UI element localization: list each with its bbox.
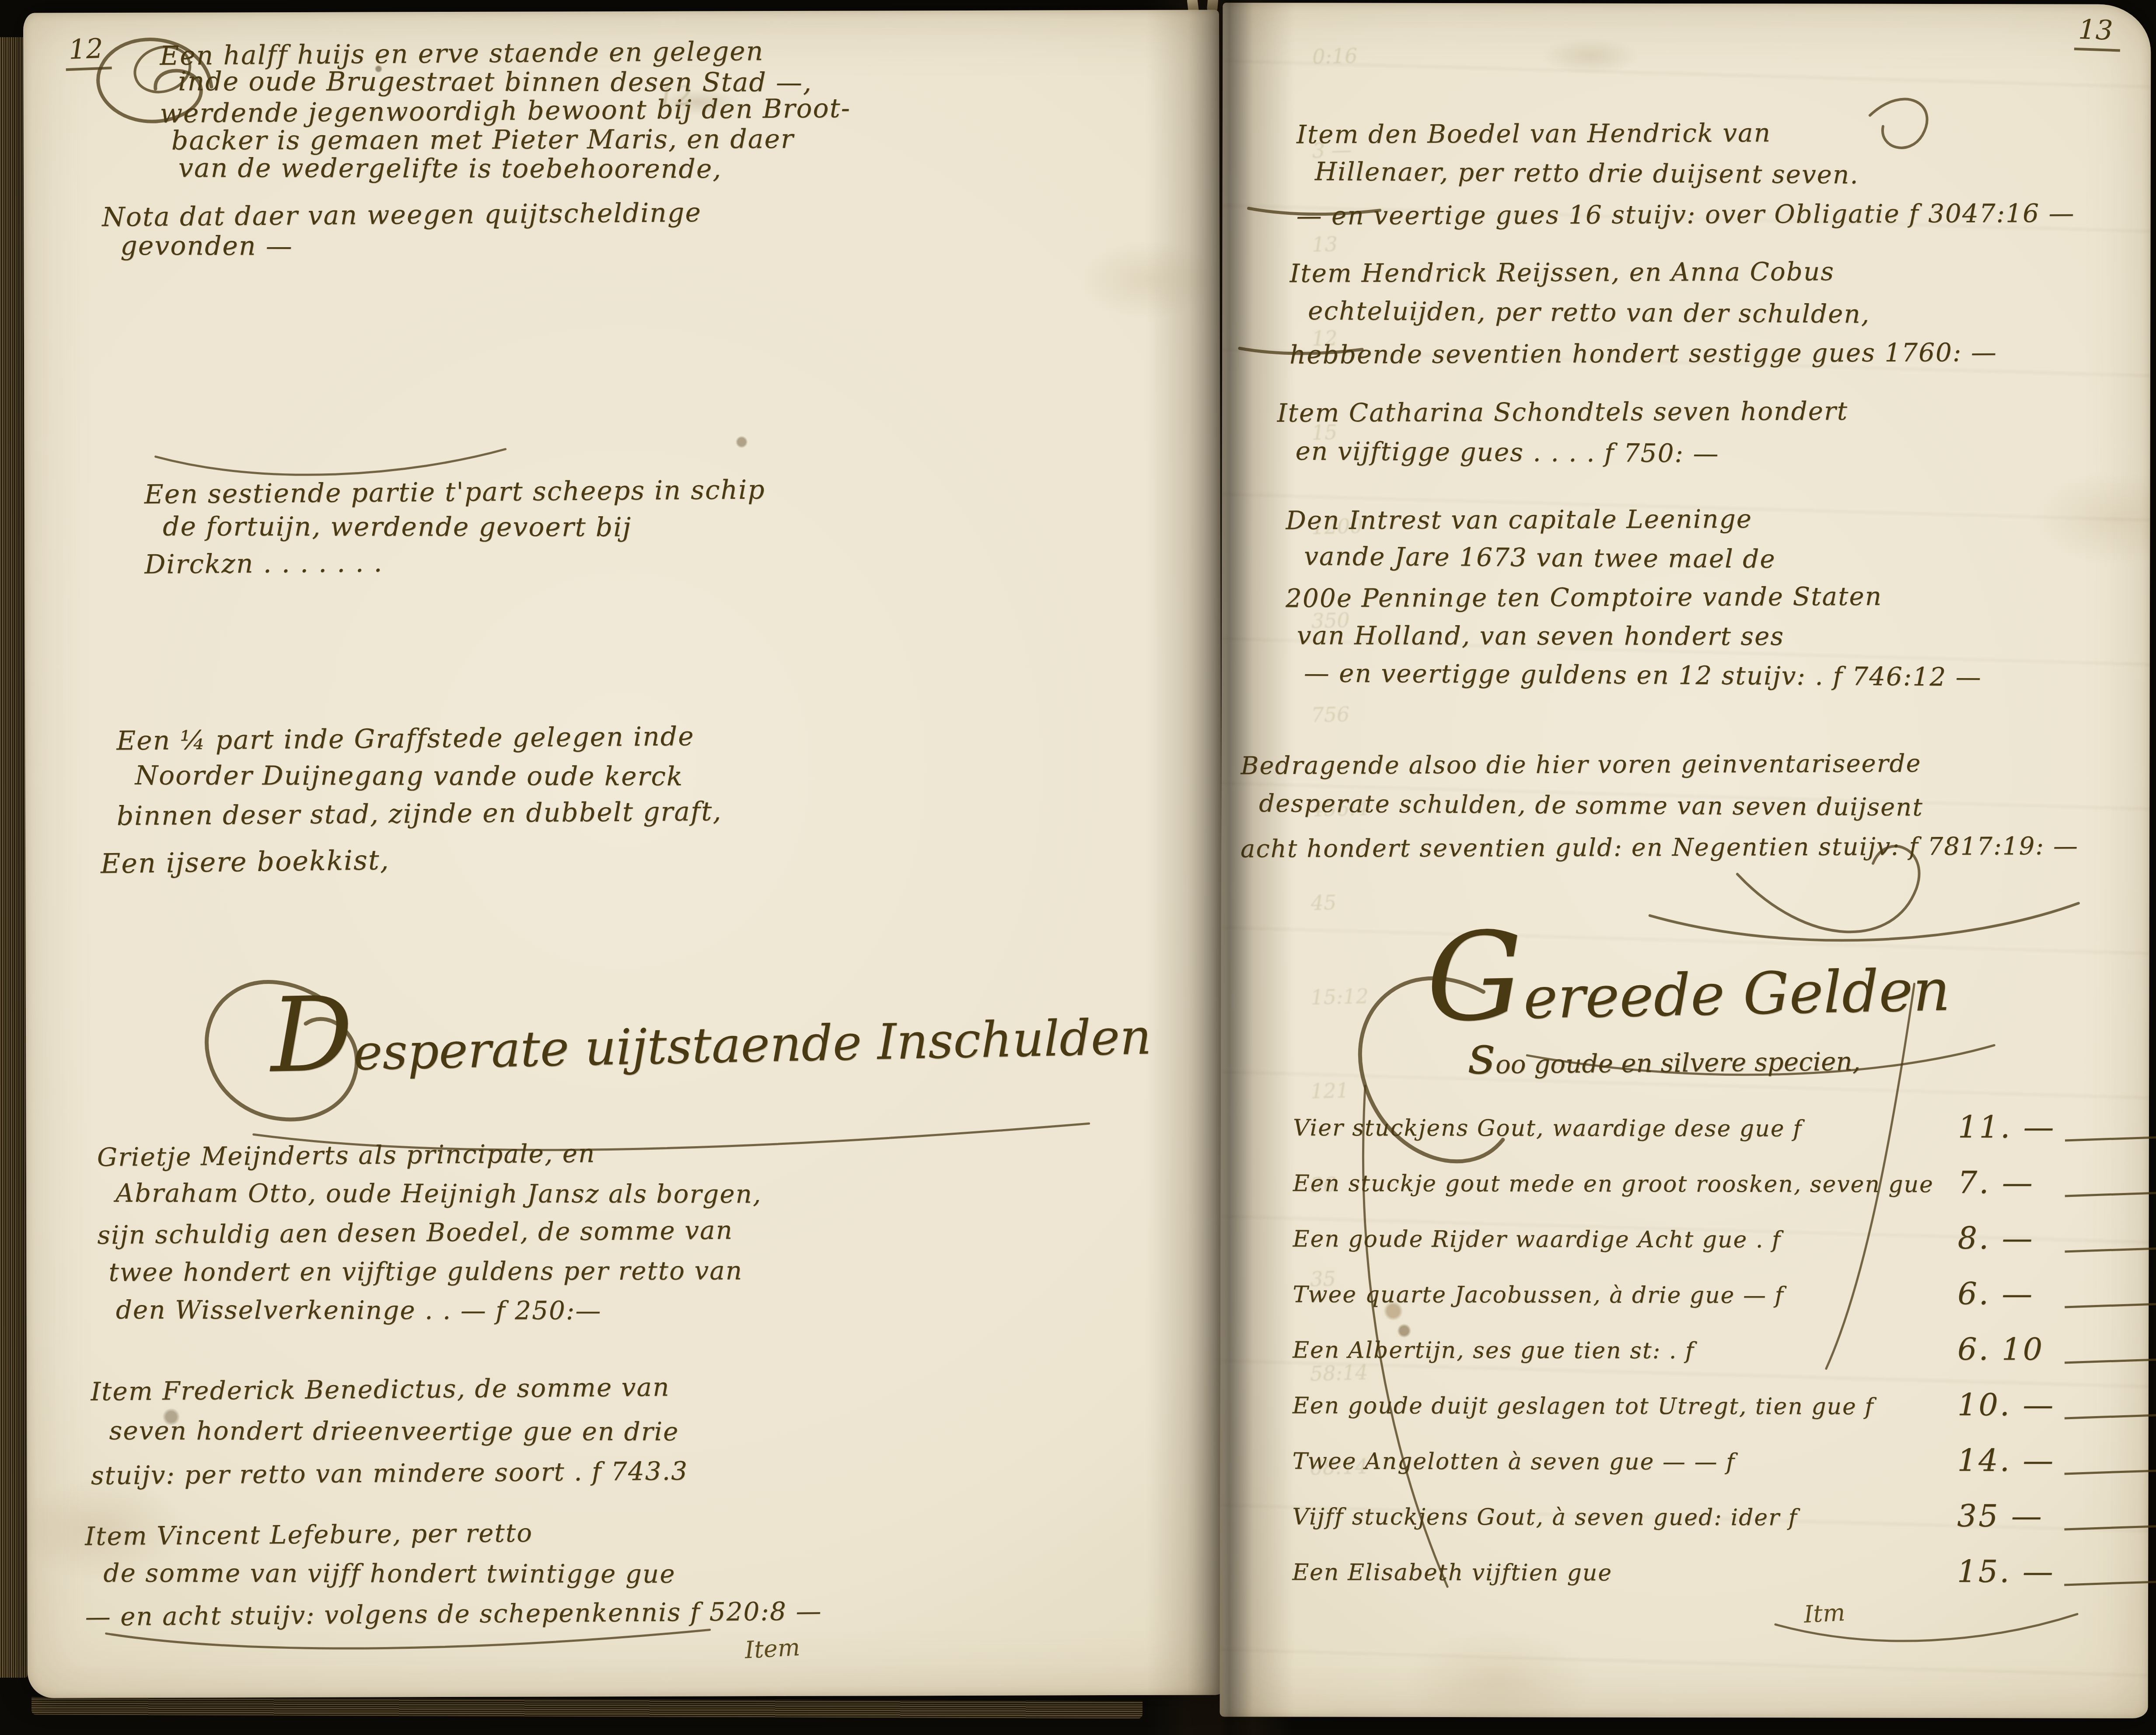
handwritten-line: Een halff huijs en erve staende en geleg…: [160, 36, 851, 70]
handwritten-line: de somme van vijff hondert twintigge gue: [103, 1553, 840, 1595]
catchword-left: Item: [744, 1634, 800, 1664]
coin-row: Een Albertijn, ses gue tien st: . f 6. 1…: [1293, 1337, 2127, 1386]
coin-row: Een Elisabeth vijftien gue 15. —: [1292, 1559, 2126, 1609]
coin-amount: 8. —: [1957, 1220, 2034, 1256]
handwritten-line: Een sestiende partie t'part scheeps in s…: [144, 472, 765, 512]
paragraph-grave-share: Een ¼ part inde Graffstede gelegen indeN…: [128, 719, 733, 833]
handwritten-line: seven hondert drieenveertige gue en drie: [109, 1410, 706, 1452]
coin-row: Twee Angelotten à seven gue — — f 14. —: [1292, 1448, 2126, 1497]
paragraph-frederick-debt: Item Frederick Benedictus, de somme vans…: [102, 1368, 699, 1495]
coin-label: Een goude duijt geslagen tot Utregt, tie…: [1293, 1392, 1874, 1420]
handwritten-line: Grietje Meijnderts als principale, en: [97, 1133, 743, 1177]
handwritten-line: Dirckzn . . . . . . .: [144, 542, 765, 582]
coin-row: Een goude duijt geslagen tot Utregt, tie…: [1293, 1392, 2127, 1442]
coin-label: Een goude Rijder waardige Acht gue . f: [1293, 1226, 1781, 1253]
coin-amount: 6. 10: [1957, 1331, 2044, 1367]
coin-amount: 10. —: [1957, 1387, 2055, 1423]
coin-label: Een Elisabeth vijftien gue: [1292, 1559, 1612, 1586]
line-iron-chest: Een ijsere boekkist,: [101, 844, 390, 880]
coin-row: Vijff stuckjens Gout, à seven gued: ider…: [1292, 1504, 2126, 1553]
coin-row: Twee quarte Jacobussen, à drie gue — f 6…: [1293, 1281, 2127, 1331]
coin-amount: 7. —: [1958, 1165, 2034, 1200]
book-bottom-page-edges: [31, 1697, 1143, 1719]
handwritten-line: — en acht stuijv: volgens de schepenkenn…: [85, 1591, 822, 1637]
paragraph-ship-share: Een sestiende partie t'part scheeps in s…: [156, 474, 777, 581]
handwritten-line: Item Vincent Lefebure, per retto: [85, 1511, 822, 1557]
handwritten-line: Een ¼ part inde Graffstede gelegen inde: [116, 717, 722, 760]
handwritten-line: sijn schuldig aen desen Boedel, de somme…: [97, 1211, 744, 1255]
coin-row: Vier stuckjens Gout, waardige dese gue f…: [1293, 1115, 2127, 1164]
paragraph-house: Een halff huijs en erve staende en geleg…: [171, 38, 862, 184]
handwritten-line: van de wedergelifte is toebehoorende,: [178, 154, 870, 184]
coin-label: Twee quarte Jacobussen, à drie gue — f: [1293, 1281, 1784, 1308]
coin-label: Vier stuckjens Gout, waardige dese gue f: [1293, 1115, 1802, 1142]
handwritten-line: inde oude Brugestraet binnen desen Stad …: [178, 67, 869, 97]
handwritten-line: Abraham Otto, oude Heijnigh Jansz als bo…: [115, 1174, 762, 1214]
coin-label: Een Albertijn, ses gue tien st: . f: [1293, 1337, 1695, 1364]
handwritten-line: binnen deser stad, zijnde en dubbelt gra…: [116, 793, 722, 835]
coin-row: Een stuckje gout mede en groot roosken, …: [1293, 1170, 2127, 1220]
manuscript-photo: 12 12 Een halff huijs en erve staende en…: [0, 0, 2156, 1735]
handwritten-line: de fortuijn, werdende gevoert bij: [163, 509, 784, 545]
coin-label: Twee Angelotten à seven gue — — f: [1293, 1448, 1736, 1475]
handwritten-line: Noorder Duijnegang vande oude kerck: [135, 757, 740, 795]
handwritten-line: Item Frederick Benedictus, de somme van: [91, 1366, 688, 1413]
coin-amount: 11. —: [1958, 1109, 2056, 1145]
coin-label: Vijff stuckjens Gout, à seven gued: ider…: [1292, 1504, 1797, 1531]
handwritten-line: gevonden —: [120, 230, 720, 262]
handwritten-line: stuijv: per retto van mindere soort . f …: [91, 1450, 688, 1497]
coin-amount: 35 —: [1957, 1498, 2043, 1534]
coin-amount: 6. —: [1957, 1276, 2034, 1312]
coin-row: Een goude Rijder waardige Acht gue . f 8…: [1293, 1226, 2127, 1275]
handwritten-line: den Wisselverkeninge . . — f 250:—: [116, 1291, 762, 1331]
handwritten-line: Nota dat daer van weegen quijtscheldinge: [102, 197, 702, 233]
page-12: 12 12 Een halff huijs en erve staende en…: [23, 10, 1223, 1698]
handwritten-line: backer is gemaen met Pieter Maris, en da…: [171, 125, 863, 155]
paragraph-grietje-debt: Grietje Meijnderts als principale, enAbr…: [108, 1134, 755, 1331]
coin-amount: 14. —: [1957, 1442, 2055, 1478]
handwritten-line: twee hondert en vijftige guldens per ret…: [108, 1251, 755, 1292]
handwritten-line: werdende jegenwoordigh bewoont bij den B…: [160, 94, 851, 128]
coin-list: Vier stuckjens Gout, waardige dese gue f…: [1220, 3, 2151, 1718]
coin-label: Een stuckje gout mede en groot roosken, …: [1293, 1170, 1934, 1198]
coin-amount: 15. —: [1957, 1553, 2055, 1589]
page-13: 0:163 —1312151200350756456:44515:1212136…: [1220, 3, 2151, 1718]
paragraph-nota: Nota dat daer van weegen quijtscheldinge…: [113, 198, 713, 263]
paragraph-vincent-debt: Item Vincent Lefebure, per rettode somme…: [96, 1512, 833, 1635]
page-number-left: 12: [65, 32, 112, 71]
catchword-right: Itm: [1803, 1599, 1845, 1628]
